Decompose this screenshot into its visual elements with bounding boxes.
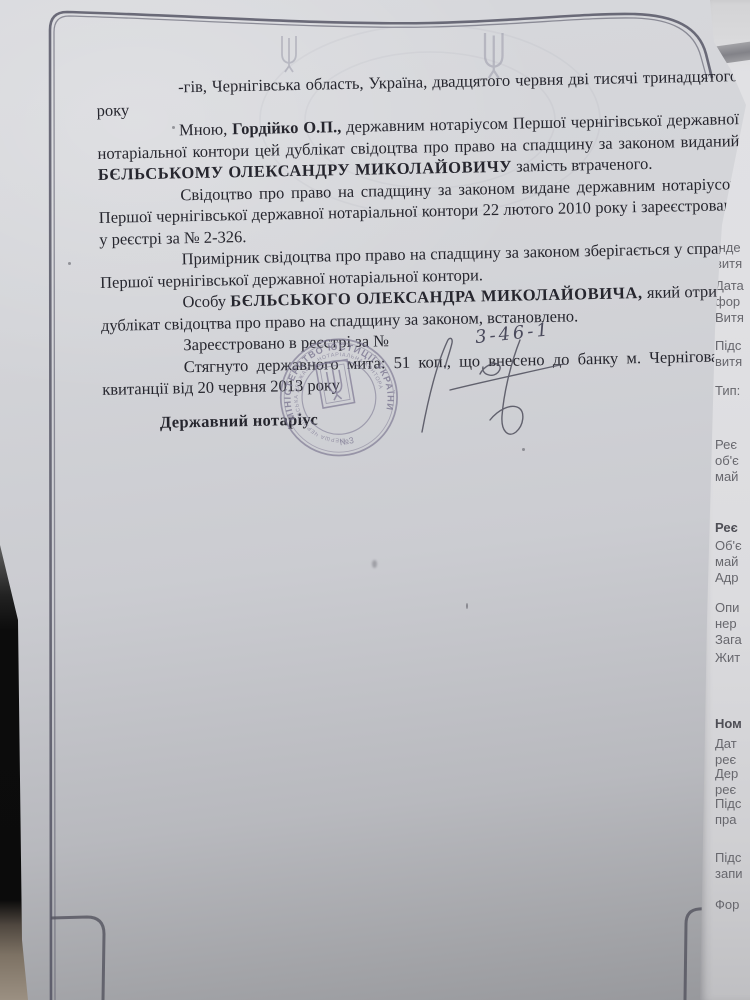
document-paragraph: Мною, Гордійко О.П., державним нотаріусо…: [97, 108, 740, 185]
register-field-label: Ном: [715, 716, 750, 731]
register-field-label: Підс: [715, 850, 750, 865]
text-run: Мною,: [179, 119, 232, 139]
register-field-label: пра: [715, 812, 750, 827]
register-field-label: запи: [715, 866, 750, 881]
document-photo: ІндевитяДатафорВитяПідсвитяТип:Реєоб'єма…: [0, 0, 750, 1000]
notary-signature: [392, 328, 577, 453]
register-field-label: Реє: [715, 437, 750, 452]
speck: [172, 126, 175, 129]
register-field-label: май: [715, 554, 750, 569]
register-field-label: Реє: [715, 520, 750, 535]
register-field-label: Опи: [715, 600, 750, 615]
text-run: Гордійко О.П.,: [232, 117, 342, 138]
text-run: замість втраченого.: [512, 154, 653, 176]
text-run: Свідоцтво про право на спадщину за закон…: [99, 174, 741, 249]
register-field-label: май: [715, 469, 750, 484]
text-run: Особу: [182, 291, 230, 311]
register-field-label: фор: [715, 294, 750, 309]
register-field-label: Дер: [715, 766, 750, 781]
register-field-label: реє: [715, 782, 750, 797]
speck: [466, 603, 468, 609]
register-field-label: витя: [715, 256, 750, 271]
register-field-label: Тип:: [715, 383, 750, 398]
speck: [522, 448, 525, 451]
register-field-label: Фор: [715, 897, 750, 912]
notarial-document-page: -гів, Чернігівська область, Україна, два…: [0, 0, 750, 1000]
register-field-label: Дата: [715, 278, 750, 293]
register-field-label: Дат: [715, 736, 750, 751]
register-field-label: Витя: [715, 310, 750, 325]
register-field-label: Жит: [715, 650, 750, 665]
register-field-label: Зага: [715, 632, 750, 647]
register-field-label: нер: [715, 616, 750, 631]
speck: [68, 262, 71, 265]
register-field-label: Підс: [715, 338, 750, 353]
seal-number: №3: [339, 435, 355, 447]
register-field-label: реє: [715, 752, 750, 767]
register-field-label: Об'є: [715, 538, 750, 553]
register-field-label: витя: [715, 354, 750, 369]
register-field-label: Підс: [715, 796, 750, 811]
smudge: [372, 560, 377, 568]
register-field-label: об'є: [715, 453, 750, 468]
register-field-label: Адр: [715, 570, 750, 585]
trident-shield-icon: [316, 360, 355, 409]
